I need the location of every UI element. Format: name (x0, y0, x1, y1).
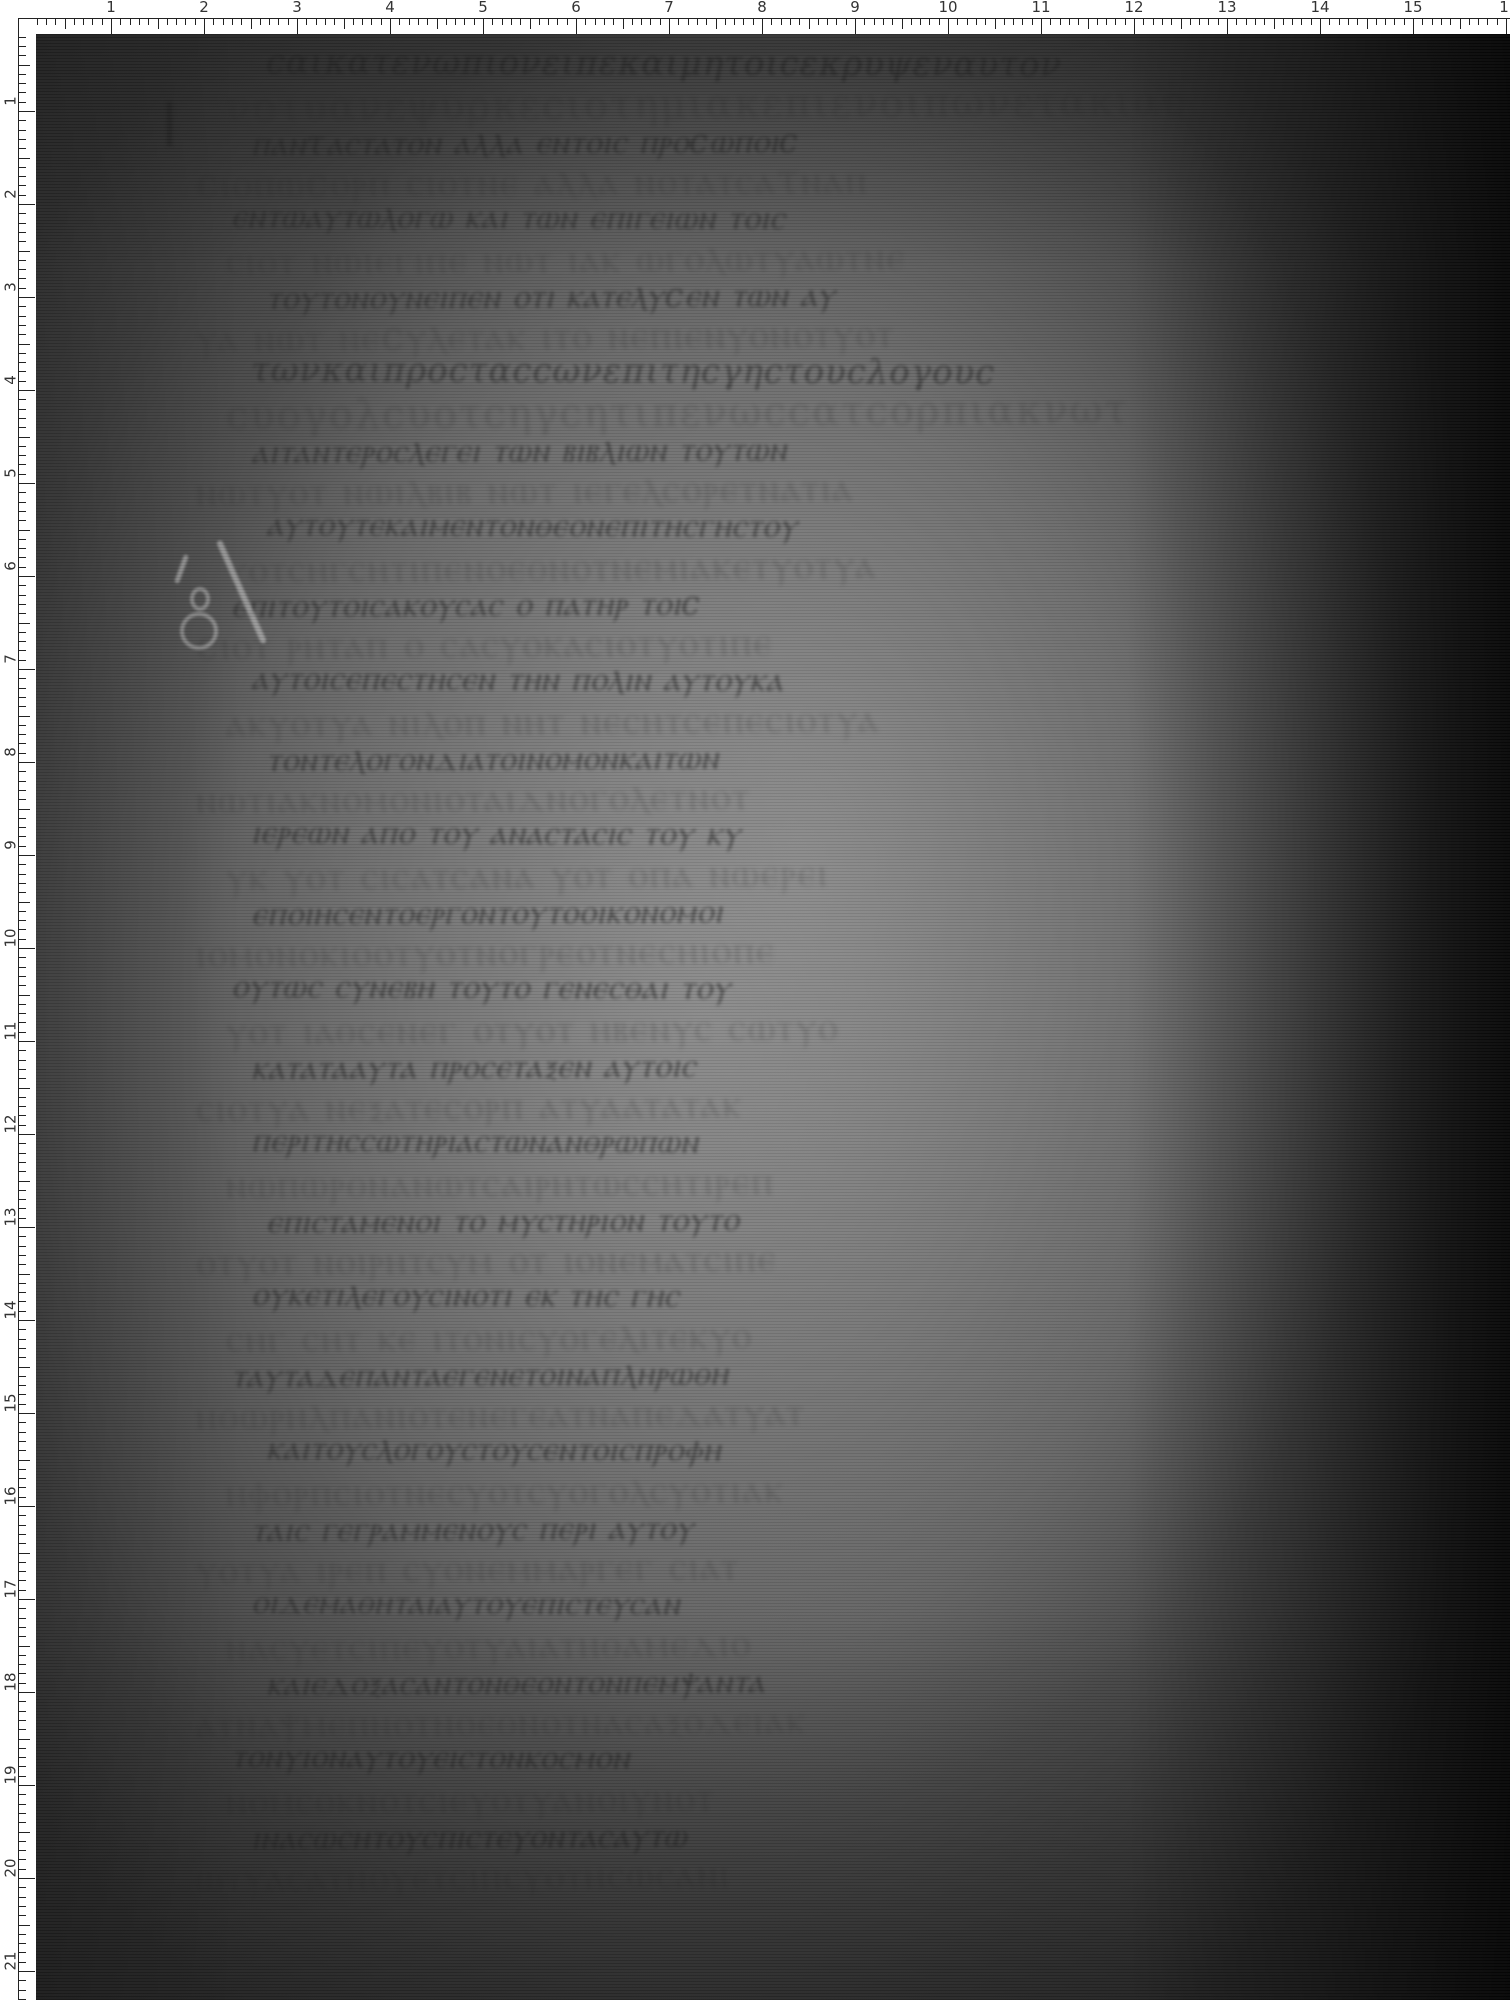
ruler-tick (19, 1162, 26, 1163)
ruler-tick (19, 176, 26, 177)
manuscript-line: ⲉⲡⲓⲧⲟⲩⲧⲟⲓⲥⲁⲕⲟⲩⲥⲁⲥ ⲟ ⲡⲁⲧⲏⲣ ⲧⲟⲓϲ (231, 580, 1366, 626)
ruler-tick (278, 19, 279, 25)
ruler-tick (19, 1525, 26, 1526)
ruler-tick (19, 1934, 26, 1935)
ruler-tick (809, 19, 810, 29)
ruler-tick (19, 195, 26, 196)
ruler-tick (1181, 19, 1182, 29)
ruler-tick (1218, 19, 1219, 25)
manuscript-line: ⲟⲩⲕⲉⲧⲓⲗⲉⲅⲟⲩⲥⲓⲛⲟⲧⲓ ⲉⲕ ⲧⲏⲥ ⲅⲏⲥ (251, 1274, 1366, 1318)
ruler-tick (344, 19, 345, 29)
ruler-tick (19, 1962, 26, 1963)
ruler-tick (530, 19, 531, 29)
ruler-tick (19, 1199, 26, 1200)
ruler-tick (557, 19, 558, 25)
manuscript-line: ⲓⲛⲁⲥⲱⲥⲏⲧⲟⲩⲥⲡⲓⲥⲧⲉⲩⲟⲛⲧⲁⲥⲁⲩⲧⲱ (251, 1812, 1366, 1858)
ruler-tick (1227, 19, 1228, 34)
ruler-tick (19, 1134, 35, 1135)
ruler-tick (19, 353, 26, 354)
ruler-label: 7 (4, 649, 19, 669)
ruler-tick (19, 883, 26, 884)
ruler-tick (19, 409, 26, 410)
ruler-label: 10 (4, 928, 19, 948)
ruler-tick (19, 1041, 35, 1042)
ruler-tick (19, 1143, 26, 1144)
ruler-label: 21 (4, 1951, 19, 1971)
ruler-label: 2 (199, 0, 209, 15)
ruler-tick (464, 19, 465, 25)
ruler-tick (1069, 19, 1070, 25)
ruler-tick (19, 1636, 26, 1637)
ruler-tick (1320, 19, 1321, 34)
ruler-tick (19, 1264, 26, 1265)
ruler-tick (19, 1627, 26, 1628)
ruler-label: 3 (292, 0, 302, 15)
ruler-tick (19, 334, 26, 335)
ruler-tick (437, 19, 438, 29)
manuscript-line: ⲕⲁⲓⲉⲇⲟⲝⲁⲥⲁⲛⲧⲟⲛⲑⲉⲟⲛⲧⲟⲛⲡⲉⲙⲯⲁⲛⲧⲁ (266, 1658, 1366, 1704)
ruler-tick (55, 19, 56, 25)
ruler-tick (19, 65, 30, 66)
ruler-tick (223, 19, 224, 25)
manuscript-line: ⲕⲁⲧⲁⲧⲁⲁⲩⲧⲁ ⲡⲣⲟⲥⲉⲧⲁⲝⲉⲛ ⲁⲩⲧⲟⲓⲥ (251, 1042, 1366, 1088)
ruler-tick (19, 1311, 26, 1312)
ruler-tick (1497, 19, 1498, 25)
ruler-tick (1246, 19, 1247, 25)
ruler-tick (102, 19, 103, 25)
ruler-tick (19, 316, 26, 317)
manuscript-line: ⲧⲁⲓⲥ ⲅⲉⲅⲣⲁⲙⲙⲉⲛⲟⲩⲥ ⲡⲉⲣⲓ ⲁⲩⲧⲟⲩ (251, 1504, 1366, 1550)
ruler-tick (19, 613, 26, 614)
ruler-label: 12 (1124, 0, 1143, 15)
ruler-tick (19, 1208, 26, 1209)
ruler-tick (1060, 19, 1061, 25)
ruler-label: 6 (571, 0, 581, 15)
ruler-tick (19, 1339, 26, 1340)
ruler-tick (19, 1599, 35, 1600)
ruler-label: 8 (757, 0, 767, 15)
ruler-tick (753, 19, 754, 25)
ruler-tick (1078, 19, 1079, 25)
ruler-tick (567, 19, 568, 25)
ruler-tick (19, 269, 26, 270)
ruler-tick (846, 19, 847, 25)
ruler-tick (399, 19, 400, 25)
ruler-tick (19, 474, 26, 475)
ruler-tick (19, 1822, 26, 1823)
ruler-tick (37, 19, 38, 25)
ruler-tick (19, 1664, 26, 1665)
ruler-tick (19, 557, 26, 558)
ruler-tick (1367, 19, 1368, 29)
ruler-corner (18, 18, 36, 35)
ruler-tick (19, 688, 26, 689)
ruler-tick (19, 716, 30, 717)
ruler-label: 7 (664, 0, 674, 15)
ruler-tick (19, 1088, 30, 1089)
ruler-tick (353, 19, 354, 25)
ruler-tick (19, 260, 26, 261)
ruler-tick (19, 399, 26, 400)
ruler-tick (660, 19, 661, 25)
ruler-tick (19, 697, 26, 698)
ruler-tick (74, 19, 75, 25)
ruler-tick (595, 19, 596, 25)
ruler-tick (1450, 19, 1451, 25)
ruler-tick (19, 1478, 26, 1479)
ruler-tick (1292, 19, 1293, 25)
ruler-tick (19, 46, 26, 47)
ruler-tick (19, 1720, 26, 1721)
ruler-tick (19, 427, 26, 428)
ruler-tick (418, 19, 419, 25)
ruler-tick (19, 809, 30, 810)
ruler-tick (19, 1292, 26, 1293)
ruler-tick (19, 874, 26, 875)
ruler-tick (19, 446, 26, 447)
erased-text-line: ⲱⲧⲩⲁⲥⲁⲧⲛⲟⲩⲉⲧⲥⲓⲡⲥⲩⲟⲧⲏⲥⲱⲥⲁⲛⲓ (196, 1851, 731, 1901)
ruler-tick (511, 19, 512, 25)
ruler-tick (316, 19, 317, 25)
ruler-tick (19, 185, 26, 186)
ruler-tick (19, 1952, 26, 1953)
ruler-tick (19, 623, 30, 624)
ruler-tick (19, 1106, 26, 1107)
ruler-tick (446, 19, 447, 25)
ruler-tick (19, 1320, 35, 1321)
ruler-tick (1190, 19, 1191, 25)
ruler-tick (19, 1804, 26, 1805)
ruler-tick (362, 19, 363, 25)
ruler-tick (1283, 19, 1284, 25)
ruler-tick (19, 1376, 26, 1377)
ruler-label: 11 (1031, 0, 1050, 15)
ruler-label: 10 (938, 0, 957, 15)
ruler-tick (19, 985, 26, 986)
ruler-label: 15 (4, 1393, 19, 1413)
ruler-tick (19, 957, 26, 958)
ruler-tick (902, 19, 903, 29)
ruler-tick (1162, 19, 1163, 25)
ruler-tick (371, 19, 372, 25)
left-ruler: 123456789101112131415161718192021 (0, 0, 35, 2000)
ruler-tick (19, 818, 26, 819)
ruler-tick (46, 19, 47, 25)
ruler-tick (827, 19, 828, 25)
ruler-label: 1 (4, 91, 19, 111)
ruler-tick (297, 19, 298, 34)
ruler-tick (864, 19, 865, 25)
ruler-tick (195, 19, 196, 25)
ruler-tick (213, 19, 214, 25)
ruler-tick (19, 1460, 30, 1461)
ruler-tick (19, 502, 26, 503)
ruler-tick (1236, 19, 1237, 25)
initial-stroke-diagonal (216, 540, 267, 645)
initial-stroke-left (174, 554, 189, 584)
ruler-tick (19, 1990, 26, 1991)
ruler-label: 4 (385, 0, 395, 15)
ruler-tick (19, 1004, 26, 1005)
manuscript-line: ⲧⲟⲩⲧⲟⲛⲟⲩⲛⲉⲓⲡⲉⲛ ⲟⲧⲓ ⲕⲁⲧⲉⲗⲩϲⲉⲛ ⲧⲱⲛ ⲁⲩ (266, 272, 1366, 318)
ruler-tick (19, 846, 26, 847)
ruler-tick (92, 19, 93, 25)
ruler-tick (19, 1971, 35, 1972)
ruler-tick (19, 1022, 26, 1023)
ruler-tick (19, 158, 30, 159)
ruler-tick (19, 1618, 26, 1619)
ruler-tick (19, 641, 26, 642)
margin-mark (167, 102, 172, 146)
ruler-tick (19, 1050, 26, 1051)
ruler-tick (19, 1246, 26, 1247)
ruler-tick (1050, 19, 1051, 25)
ruler-label: 14 (1310, 0, 1329, 15)
ruler-tick (19, 1776, 26, 1777)
ruler-tick (19, 1897, 26, 1898)
ruler-tick (176, 19, 177, 25)
ruler-tick (576, 19, 577, 34)
ruler-tick (19, 604, 26, 605)
ruler-tick (19, 539, 26, 540)
ruler-tick (19, 111, 35, 112)
ruler-tick (836, 19, 837, 25)
ruler-tick (855, 19, 856, 34)
ruler-tick (19, 1301, 26, 1302)
ruler-tick (19, 1562, 26, 1563)
top-ruler: 01234567891011121314151 (0, 0, 1510, 34)
ruler-tick (716, 19, 717, 29)
ruler-tick (19, 1915, 26, 1916)
ruler-tick (19, 1153, 26, 1154)
ruler-tick (1143, 19, 1144, 25)
ruler-label: 13 (1217, 0, 1236, 15)
ruler-tick (762, 19, 763, 34)
ruler-tick (390, 19, 391, 34)
ruler-tick (697, 19, 698, 25)
ruler-tick (269, 19, 270, 25)
ruler-tick (381, 19, 382, 25)
ruler-tick (19, 1580, 26, 1581)
ruler-tick (19, 976, 26, 977)
ruler-tick (19, 83, 26, 84)
initial-ring (180, 612, 218, 650)
ruler-tick (957, 19, 958, 25)
ruler-tick (19, 1497, 26, 1498)
ruler-tick (1311, 19, 1312, 25)
ruler-tick (111, 19, 112, 34)
ruler-tick (818, 19, 819, 25)
ruler-tick (19, 1757, 26, 1758)
ruler-tick (19, 1115, 26, 1116)
ruler-tick (19, 1832, 30, 1833)
ruler-tick (19, 585, 26, 586)
ruler-tick (19, 995, 30, 996)
ruler-label: 17 (4, 1579, 19, 1599)
ruler-tick (19, 1506, 35, 1507)
ruler-tick (1004, 19, 1005, 25)
ruler-tick (19, 1422, 26, 1423)
ruler-tick (1106, 19, 1107, 25)
ruler-tick (19, 1469, 26, 1470)
ruler-tick (19, 1218, 26, 1219)
ruler-label: 13 (4, 1207, 19, 1227)
ruler-tick (19, 902, 30, 903)
ruler-tick (19, 1125, 26, 1126)
manuscript-line: ⲧⲟⲛⲧⲉⲗⲟⲅⲟⲛⲇⲓⲁⲧⲟⲓⲛⲟⲙⲟⲛⲕⲁⲓⲧⲱⲛ (266, 734, 1366, 780)
manuscript-line: ⲁⲩⲧⲟⲩⲧⲉⲕⲁⲓⲙⲉⲛⲧⲟⲛⲑⲉⲟⲛⲉⲡⲓⲧⲏⲥⲅⲏⲥⲧⲟⲩ (266, 504, 1366, 548)
ruler-tick (19, 1097, 26, 1098)
manuscript-page-image: νοτυανεψυρκεϲιοτημιακεπιενοιπωνετακιαϲϲⲓ… (36, 34, 1510, 2000)
ruler-tick (19, 241, 26, 242)
ruler-tick (19, 781, 26, 782)
ruler-tick (585, 19, 586, 25)
ruler-tick (19, 920, 26, 921)
ruler-tick (1115, 19, 1116, 25)
ruler-tick (120, 19, 121, 25)
ruler-tick (19, 437, 30, 438)
ruler-tick (19, 743, 26, 744)
ruler-tick (502, 19, 503, 25)
ruler-tick (19, 567, 26, 568)
ruler-tick (669, 19, 670, 34)
ruler-tick (130, 19, 131, 25)
ruler-tick (288, 19, 289, 25)
ruler-tick (892, 19, 893, 25)
ruler-tick (1404, 19, 1405, 25)
manuscript-line: ⲉⲛⲧⲱⲁⲩⲧⲱⲗⲟⲅⲱ ⲕⲁⲓ ⲧⲱⲛ ⲉⲡⲓⲅⲉⲓⲱⲛ ⲧⲟⲓⲥ (231, 196, 1366, 240)
ruler-tick (19, 1032, 26, 1033)
ruler-tick (19, 1404, 26, 1405)
ruler-tick (19, 1980, 26, 1981)
ruler-tick (19, 120, 26, 121)
ruler-tick (19, 297, 35, 298)
ruler-tick (19, 381, 26, 382)
ruler-tick (19, 371, 26, 372)
manuscript-line: ϲαικατενωπιονειπεκαιμητοιϲεκρυψεναυτον (266, 42, 1366, 86)
ruler-label: 9 (850, 0, 860, 15)
ruler-tick (1460, 19, 1461, 29)
ruler-tick (948, 19, 949, 34)
ruler-tick (19, 511, 26, 512)
ruler-tick (19, 306, 26, 307)
ruler-tick (19, 650, 26, 651)
ruler-tick (539, 19, 540, 25)
ruler-label: 3 (4, 277, 19, 297)
ruler-tick (19, 1729, 26, 1730)
ruler-tick (139, 19, 140, 25)
ruler-tick (19, 1348, 26, 1349)
ruler-tick (734, 19, 735, 25)
ruler-tick (19, 1943, 26, 1944)
ruler-tick (19, 1329, 26, 1330)
ruler-tick (19, 678, 26, 679)
ruler-tick (19, 576, 35, 577)
ruler-tick (19, 1813, 26, 1814)
ruler-tick (185, 19, 186, 25)
ruler-tick (19, 1181, 30, 1182)
ruler-tick (939, 19, 940, 25)
manuscript-line: ⲡⲉⲣⲓⲧⲏⲥⲥⲱⲧⲏⲣⲓⲁⲥⲧⲱⲛⲁⲛⲑⲣⲱⲡⲱⲛ (251, 1120, 1366, 1164)
ruler-label: 5 (4, 463, 19, 483)
ruler-tick (650, 19, 651, 25)
ruler-tick (19, 1357, 26, 1358)
ruler-label: 5 (478, 0, 488, 15)
ruler-tick (1385, 19, 1386, 25)
ruler-tick (19, 855, 35, 856)
ruler-tick (19, 1748, 26, 1749)
ruler-tick (19, 1571, 26, 1572)
ruler-tick (241, 19, 242, 25)
ruler-tick (1339, 19, 1340, 25)
ruler-tick (19, 1655, 26, 1656)
ruler-tick (19, 223, 26, 224)
ruler-label: 19 (4, 1765, 19, 1785)
ruler-tick (19, 204, 35, 205)
ruler-tick (19, 362, 26, 363)
ruler-tick (427, 19, 428, 25)
ruler-tick (492, 19, 493, 25)
ruler-tick (19, 734, 26, 735)
ruler-label: 16 (4, 1486, 19, 1506)
ruler-tick (19, 660, 26, 661)
ruler-tick (19, 1171, 26, 1172)
ruler-tick (409, 19, 410, 25)
ruler-tick (19, 74, 26, 75)
ruler-tick (1357, 19, 1358, 25)
ruler-tick (19, 1441, 26, 1442)
ruler-tick (19, 1283, 26, 1284)
ruler-tick (19, 1069, 26, 1070)
ruler-tick (1255, 19, 1256, 25)
ruler-tick (19, 1515, 26, 1516)
ruler-label: 6 (4, 556, 19, 576)
ruler-tick (1032, 19, 1033, 25)
ruler-tick (19, 1432, 26, 1433)
ruler-tick (985, 19, 986, 25)
ruler-tick (1022, 19, 1023, 25)
ruler-tick (725, 19, 726, 25)
ruler-tick (743, 19, 744, 25)
ruler-label: 1 (106, 0, 116, 15)
manuscript-line: ⲡⲁⲛτⲁⲥⲧⲁⲧⲟⲛ ⲁⲗⲗⲁ ⲉⲛⲧⲟⲓⲥ ⲡⲣⲟϲⲱⲡⲟⲓϲ (251, 118, 1366, 164)
initial-small-ring (190, 587, 210, 611)
ruler-tick (19, 130, 26, 131)
ruler-tick (19, 92, 26, 93)
ruler-tick (19, 1906, 26, 1907)
manuscript-line: ⲓⲉⲣⲉⲱⲛ ⲁⲡⲟ ⲧⲟⲩ ⲁⲛⲁⲥⲧⲁⲥⲓⲥ ⲧⲟⲩ ⲕⲩ (251, 812, 1366, 856)
ruler-tick (678, 19, 679, 25)
ruler-tick (474, 19, 475, 25)
ruler-tick (19, 492, 26, 493)
ruler-tick (483, 19, 484, 34)
ruler-tick (325, 19, 326, 25)
ruler-tick (19, 1078, 26, 1079)
ruler-tick (1487, 19, 1488, 25)
ruler-tick (19, 892, 26, 893)
ruler-tick (19, 102, 26, 103)
ruler-tick (19, 706, 26, 707)
ruler-tick (19, 288, 26, 289)
ruler-tick (1432, 19, 1433, 25)
ruler-tick (19, 1887, 26, 1888)
ruler-tick (19, 455, 26, 456)
ruler-tick (548, 19, 549, 25)
ruler-tick (613, 19, 614, 25)
ruler-label: 14 (4, 1300, 19, 1320)
ruler-tick (929, 19, 930, 25)
ruler-tick (1153, 19, 1154, 25)
